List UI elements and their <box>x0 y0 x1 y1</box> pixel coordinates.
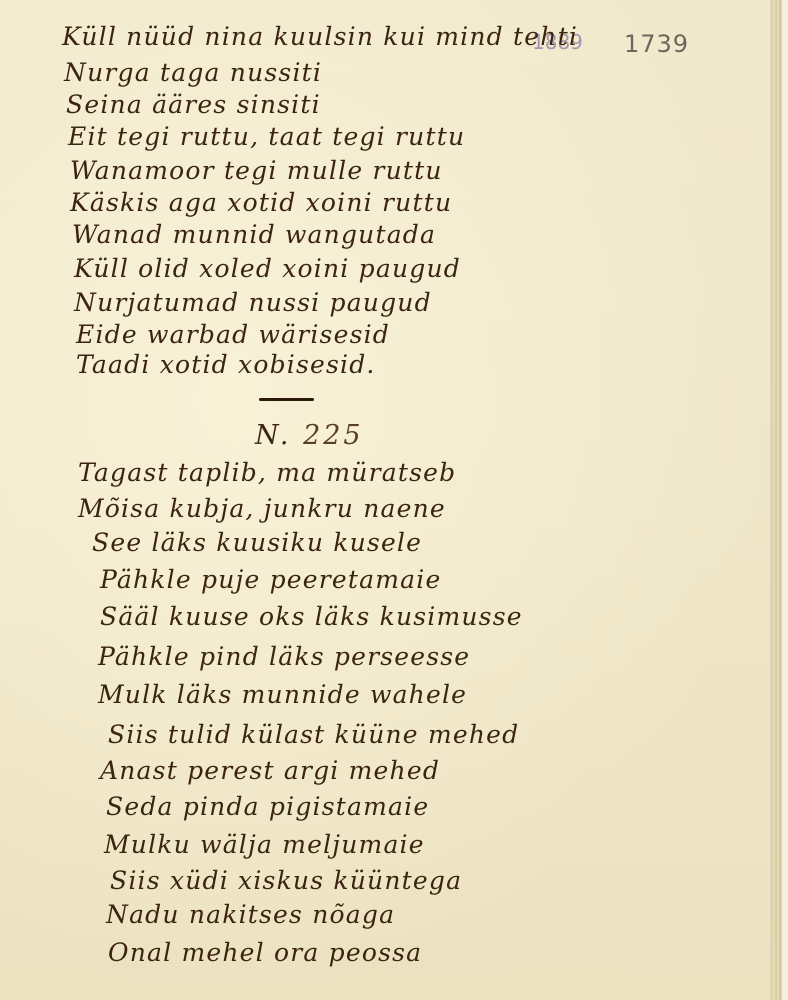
verse-line: Anast perest argi mehed <box>100 756 440 785</box>
page-outer-edge <box>782 0 788 1000</box>
verse-line: Käskis aga xotid xoini ruttu <box>70 188 452 217</box>
song-number-value: 225 <box>303 420 364 451</box>
verse-line: Pähkle pind läks perseesse <box>98 642 470 671</box>
verse-line: Nurga taga nussiti <box>64 58 322 87</box>
verse-line: Siis tulid külast küüne mehed <box>108 720 519 749</box>
verse-line: Mõisa kubja, junkru naene <box>78 494 446 523</box>
song-number-prefix: N. <box>255 420 291 451</box>
verse-line: Wanad munnid wangutada <box>72 220 436 249</box>
song-number-heading: N. 225 <box>255 420 364 451</box>
verse-line: Siis xüdi xiskus küüntega <box>110 866 462 895</box>
verse-line: Onal mehel ora peossa <box>108 938 422 967</box>
verse-line: Seda pinda pigistamaie <box>106 792 429 821</box>
verse-line: Tagast taplib, ma müratseb <box>78 458 456 487</box>
verse-line: Mulk läks munnide wahele <box>98 680 467 709</box>
verse-line: Küll olid xoled xoini paugud <box>74 254 461 283</box>
section-divider <box>259 398 314 401</box>
verse-line: See läks kuusiku kusele <box>92 528 422 557</box>
verse-line: Mulku wälja meljumaie <box>104 830 425 859</box>
verse-line: Nadu nakitses nõaga <box>106 900 395 929</box>
verse-line: Eide warbad wärisesid <box>76 320 390 349</box>
verse-line: Wanamoor tegi mulle ruttu <box>70 156 443 185</box>
manuscript-page: 1889 1739 Küll nüüd nina kuulsin kui min… <box>0 0 788 1000</box>
verse-line: Taadi xotid xobisesid. <box>76 350 376 379</box>
verse-line: Pähkle puje peeretamaie <box>100 565 441 594</box>
verse-line: Küll nüüd nina kuulsin kui mind tehti <box>62 22 578 51</box>
verse-line: Sääl kuuse oks läks kusimusse <box>100 602 523 631</box>
verse-line: Eit tegi ruttu, taat tegi ruttu <box>68 122 465 151</box>
page-number: 1739 <box>624 30 689 58</box>
verse-line: Seina ääres sinsiti <box>66 90 321 119</box>
verse-line: Nurjatumad nussi paugud <box>74 288 432 317</box>
